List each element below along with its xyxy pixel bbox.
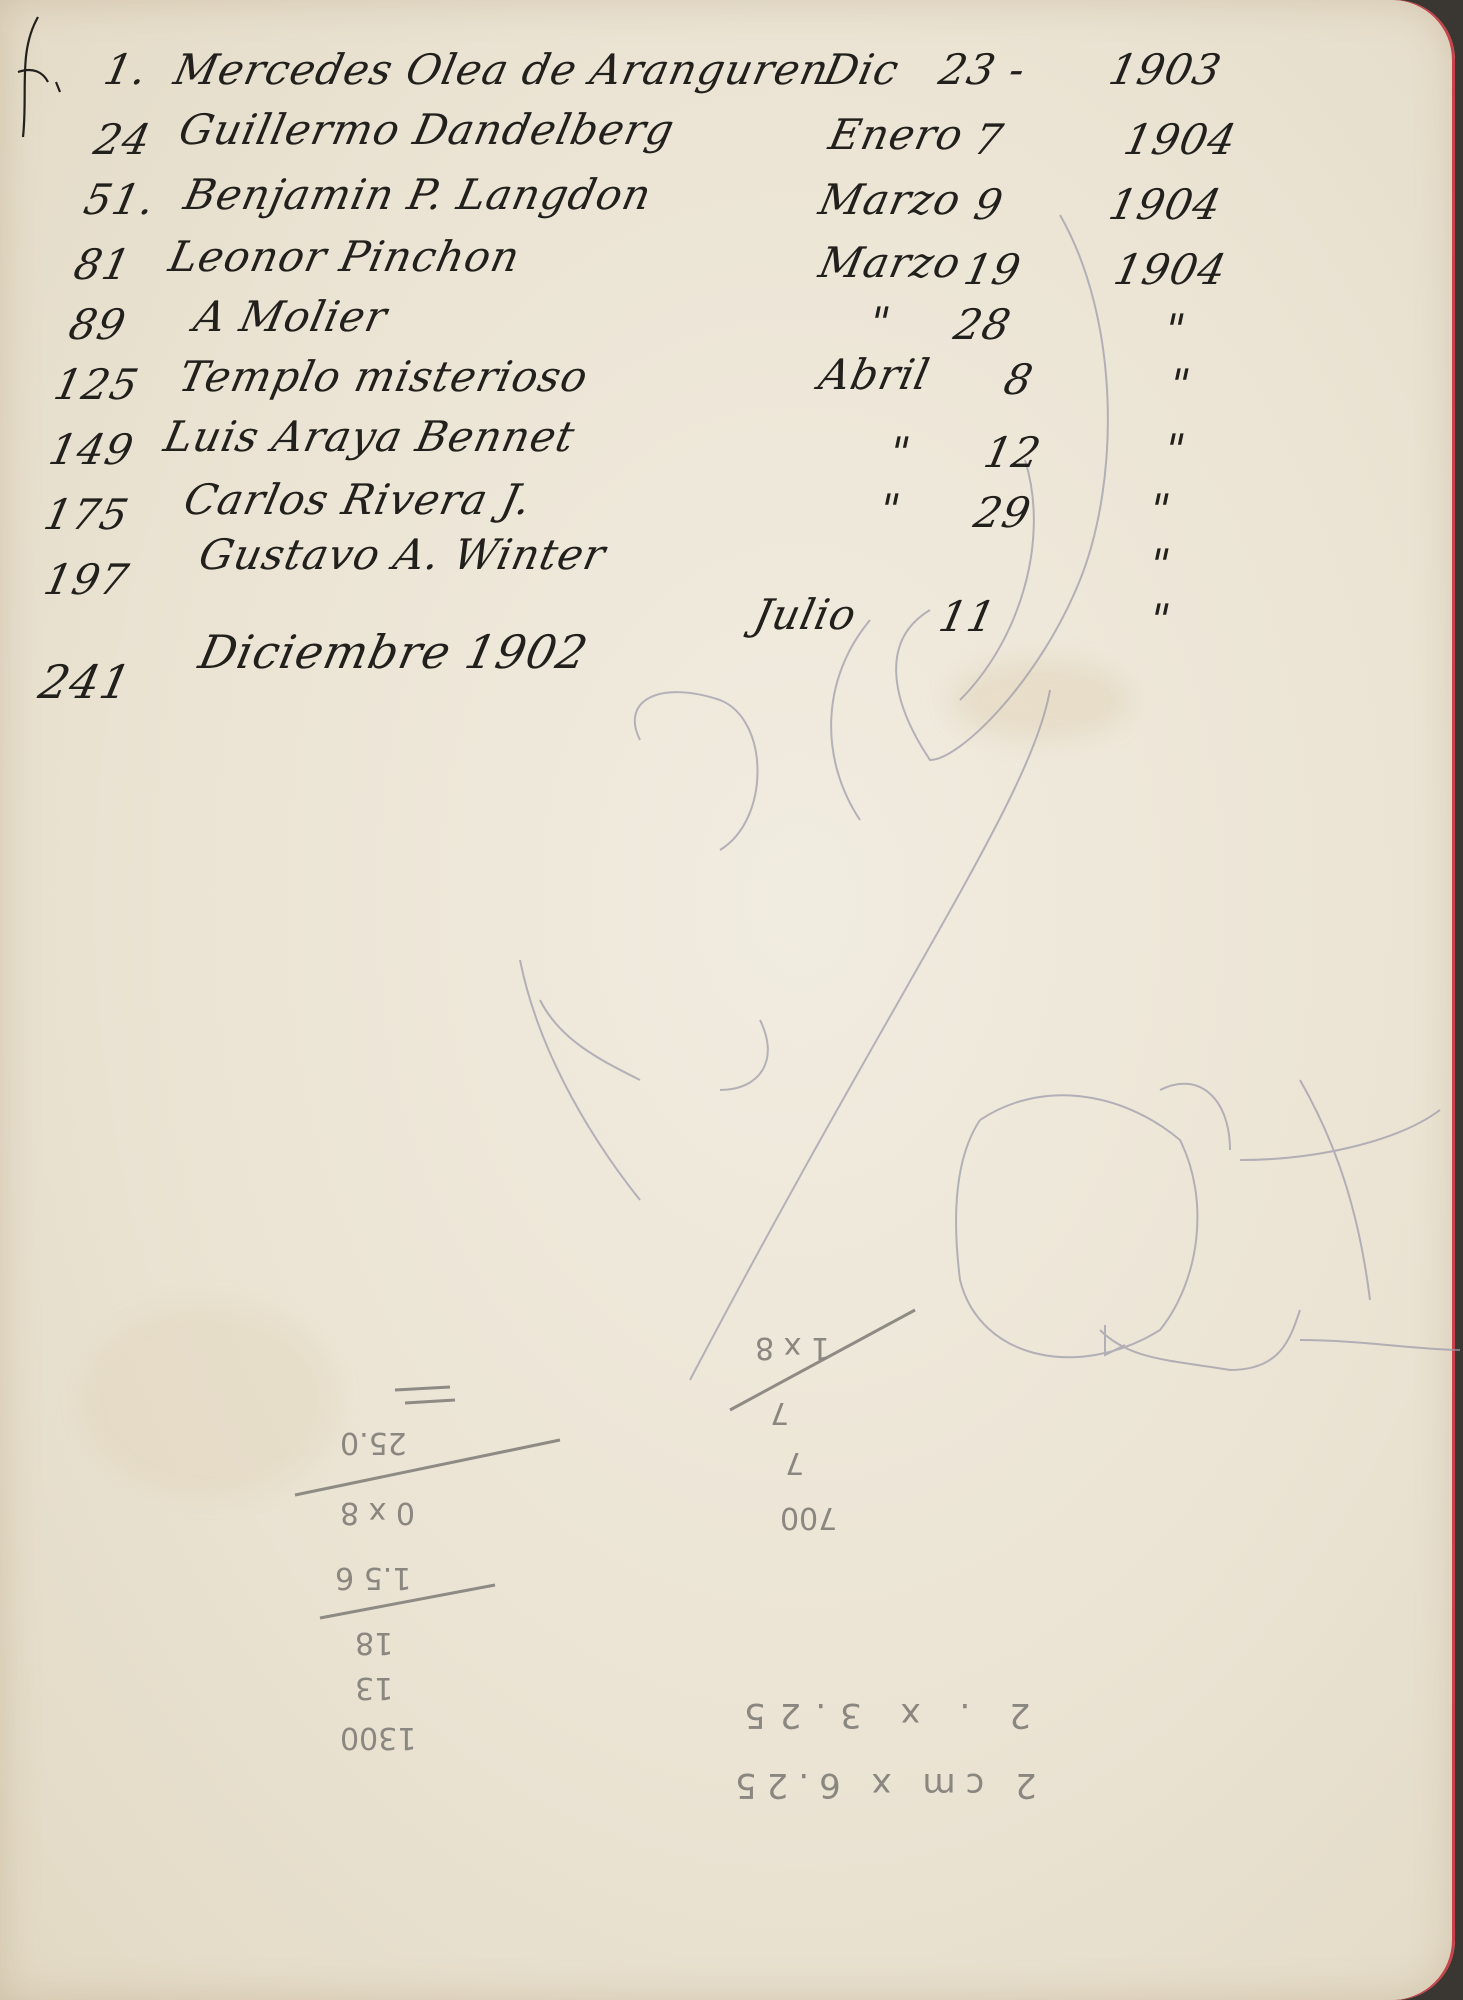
pencil-number: 18 [355,1625,393,1660]
pencil-number: 700 [780,1500,837,1535]
pencil-number: 1 x 8 [755,1330,830,1365]
pencil-number: 1.5 6 [335,1560,411,1595]
pencil-number: 25.0 [340,1425,407,1460]
pencil-line: 2 cm x 6.25 [725,1765,1037,1805]
pencil-number: 13 [355,1670,393,1705]
pencil-number: 0 x 8 [340,1495,415,1530]
pencil-number: 1300 [340,1720,416,1755]
pencil-number: 7 [785,1445,804,1480]
pencil-line: 2 . x 3.25 [730,1695,1031,1735]
pencil-number: 7 [770,1395,789,1430]
notebook-page: 1. Mercedes Olea de Aranguren Dic 23 - 1… [0,0,1455,2000]
